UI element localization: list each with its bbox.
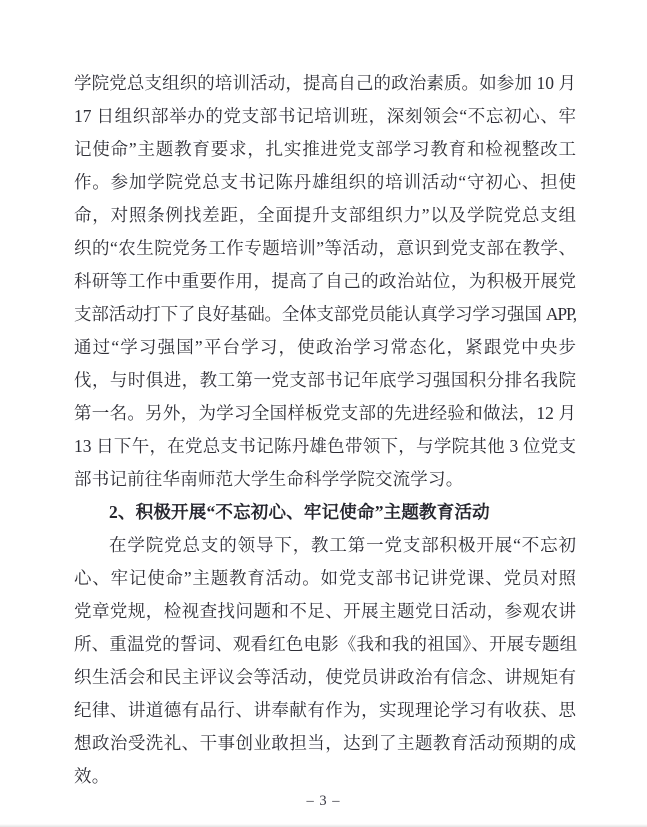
body-line: 13 日下午，在党总支书记陈丹雄色带领下，与学院其他 3 位党支 <box>74 430 576 463</box>
section-heading: 2、积极开展“不忘初心、牢记使命”主题教育活动 <box>74 496 576 529</box>
body-line: 记使命”主题教育要求，扎实推进党支部学习教育和检视整改工 <box>74 133 576 166</box>
body-line: 想政治受洗礼、干事创业敢担当，达到了主题教育活动预期的成 <box>74 727 576 760</box>
body-line: 第一名。另外，为学习全国样板党支部的先进经验和做法，12 月 <box>74 397 576 430</box>
body-line: 织生活会和民主评议会等活动，使党员讲政治有信念、讲规矩有 <box>74 661 576 694</box>
document-body: 学院党总支组织的培训活动，提高自己的政治素质。如参加 10 月 17 日组织部举… <box>74 67 576 793</box>
body-line paragraph-end: 部书记前往华南师范大学生命科学学院交流学习。 <box>74 463 576 496</box>
body-line: 心、牢记使命”主题教育活动。如党支部书记讲党课、党员对照 <box>74 562 576 595</box>
body-line: 支部活动打下了良好基础。全体支部党员能认真学习学习强国 APP, <box>74 298 576 331</box>
page-number: – 3 – <box>0 793 647 810</box>
body-line: 通过“学习强国”平台学习，使政治学习常态化，紧跟党中央步 <box>74 331 576 364</box>
body-line paragraph-start: 在学院党总支的领导下，教工第一党支部积极开展“不忘初 <box>74 529 576 562</box>
body-line: 纪律、讲道德有品行、讲奉献有作为，实现理论学习有收获、思 <box>74 694 576 727</box>
body-line: 科研等工作中重要作用，提高了自己的政治站位，为积极开展党 <box>74 265 576 298</box>
body-line: 作。参加学院党总支书记陈丹雄组织的培训活动“守初心、担使 <box>74 166 576 199</box>
body-line paragraph-end: 效。 <box>74 760 576 793</box>
document-page: 学院党总支组织的培训活动，提高自己的政治素质。如参加 10 月 17 日组织部举… <box>0 0 647 827</box>
body-line: 织的“农生院党务工作专题培训”等活动，意识到党支部在教学、 <box>74 232 576 265</box>
body-line: 伐，与时俱进，教工第一党支部书记年底学习强国积分排名我院 <box>74 364 576 397</box>
body-line: 党章党规，检视查找问题和不足、开展主题党日活动，参观农讲 <box>74 595 576 628</box>
body-line: 所、重温党的誓词、观看红色电影《我和我的祖国》、开展专题组 <box>74 628 576 661</box>
body-line: 17 日组织部举办的党支部书记培训班，深刻领会“不忘初心、牢 <box>74 100 576 133</box>
body-line: 学院党总支组织的培训活动，提高自己的政治素质。如参加 10 月 <box>74 67 576 100</box>
body-line: 命，对照条例找差距，全面提升支部组织力”以及学院党总支组 <box>74 199 576 232</box>
